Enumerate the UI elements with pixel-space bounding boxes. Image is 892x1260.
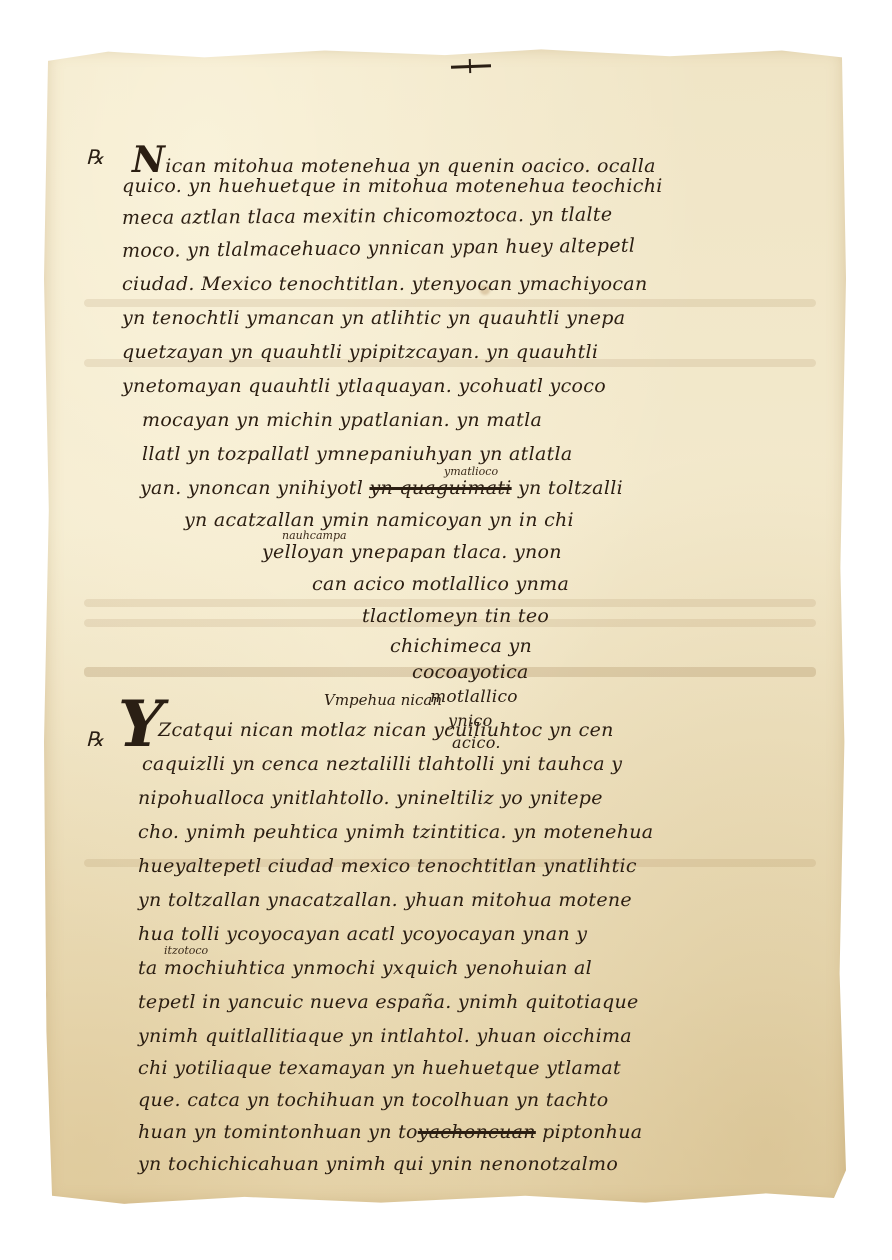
text-segment: huan yn tomintonhuan yn to (138, 1121, 418, 1143)
text-segment: piptonhua (536, 1121, 643, 1143)
text-line: nipohualloca ynitlahtollo. ynineltiliz y… (138, 787, 603, 809)
text-line: ynimh quitlallitiaque yn intlahtol. yhua… (138, 1025, 632, 1047)
text-line: hua tolli ycoyocayan acatl ycoyocayan yn… (138, 923, 587, 945)
margin-mark-icon: ℞ (86, 727, 104, 751)
text-line: yn tochichicahuan ynimh qui ynin nenonot… (138, 1153, 618, 1175)
text-line: mocayan yn michin ypatlanian. yn matla (142, 409, 542, 431)
text-segment: yan. ynoncan ynihiyotl (140, 477, 369, 499)
text-line: que. catca yn tochihuan yn tocolhuan yn … (138, 1089, 609, 1111)
text-line: moco. yn tlalmacehuaco ynnican ypan huey… (122, 235, 635, 262)
stain (38, 989, 46, 1001)
text-line: caquizlli yn cenca neztalilli tlahtolli … (142, 753, 622, 775)
struck-text: yachoncuan (418, 1121, 536, 1143)
cross-mark-icon (451, 64, 491, 68)
drop-cap-initial: Y (118, 693, 164, 757)
text-line: quico. yn huehuetque in mitohua motenehu… (122, 175, 663, 197)
text-line: tlactlomeyn tin teo (362, 605, 549, 627)
text-line: llatl yn tozpallatl ymnepaniuhyan yn atl… (142, 443, 573, 465)
text-line: huan yn tomintonhuan yn toyachoncuan pip… (138, 1121, 642, 1143)
text-line: yn tenochtli ymancan yn atlihtic yn quau… (122, 307, 625, 329)
text-line: tepetl in yancuic nueva españa. ynimh qu… (138, 991, 639, 1013)
text-line: yn acatzallan ymin namicoyan yn in chi (184, 509, 574, 531)
section-heading: Vmpehua nican (324, 691, 442, 709)
text-line: ciudad. Mexico tenochtitlan. ytenyocan y… (122, 273, 647, 295)
margin-mark-icon: ℞ (86, 145, 104, 169)
text-line: Zcatqui nican motlaz nican ycuiliuhtoc y… (158, 719, 614, 741)
text-line: motlallico (430, 687, 518, 707)
text-line: cocoayotica (412, 661, 529, 683)
struck-text: yn quaguimati (369, 477, 511, 499)
text-line: quetzayan yn quauhtli ypipitzcayan. yn q… (122, 341, 598, 363)
text-line: meca aztlan tlaca mexitin chicomoztoca. … (122, 204, 612, 229)
text-line: yelloyan ynepapan tlaca. ynon (262, 541, 562, 563)
text-line: ta mochiuhtica ynmochi yxquich yenohuian… (138, 957, 592, 979)
bleed-through (84, 299, 816, 307)
text-line: ynetomayan quauhtli ytlaquayan. ycohuatl… (122, 375, 606, 397)
text-line: yan. ynoncan ynihiyotl yn quaguimati yn … (140, 477, 623, 499)
text-line: chichimeca yn (390, 635, 532, 657)
text-line: can acico motlallico ynma (312, 573, 569, 595)
text-line: hueyaltepetl ciudad mexico tenochtitlan … (138, 855, 637, 877)
text-line: cho. ynimh peuhtica ynimh tzintitica. yn… (138, 821, 653, 843)
text-line: yn toltzallan ynacatzallan. yhuan mitohu… (138, 889, 632, 911)
manuscript-page: ℞ Nican mitohua motenehua yn quenin oaci… (44, 47, 846, 1205)
interlinear-gloss: itzotoco (164, 944, 208, 957)
text-line: chi yotiliaque texamayan yn huehuetque y… (138, 1057, 621, 1079)
text-segment: yn toltzalli (512, 477, 623, 499)
